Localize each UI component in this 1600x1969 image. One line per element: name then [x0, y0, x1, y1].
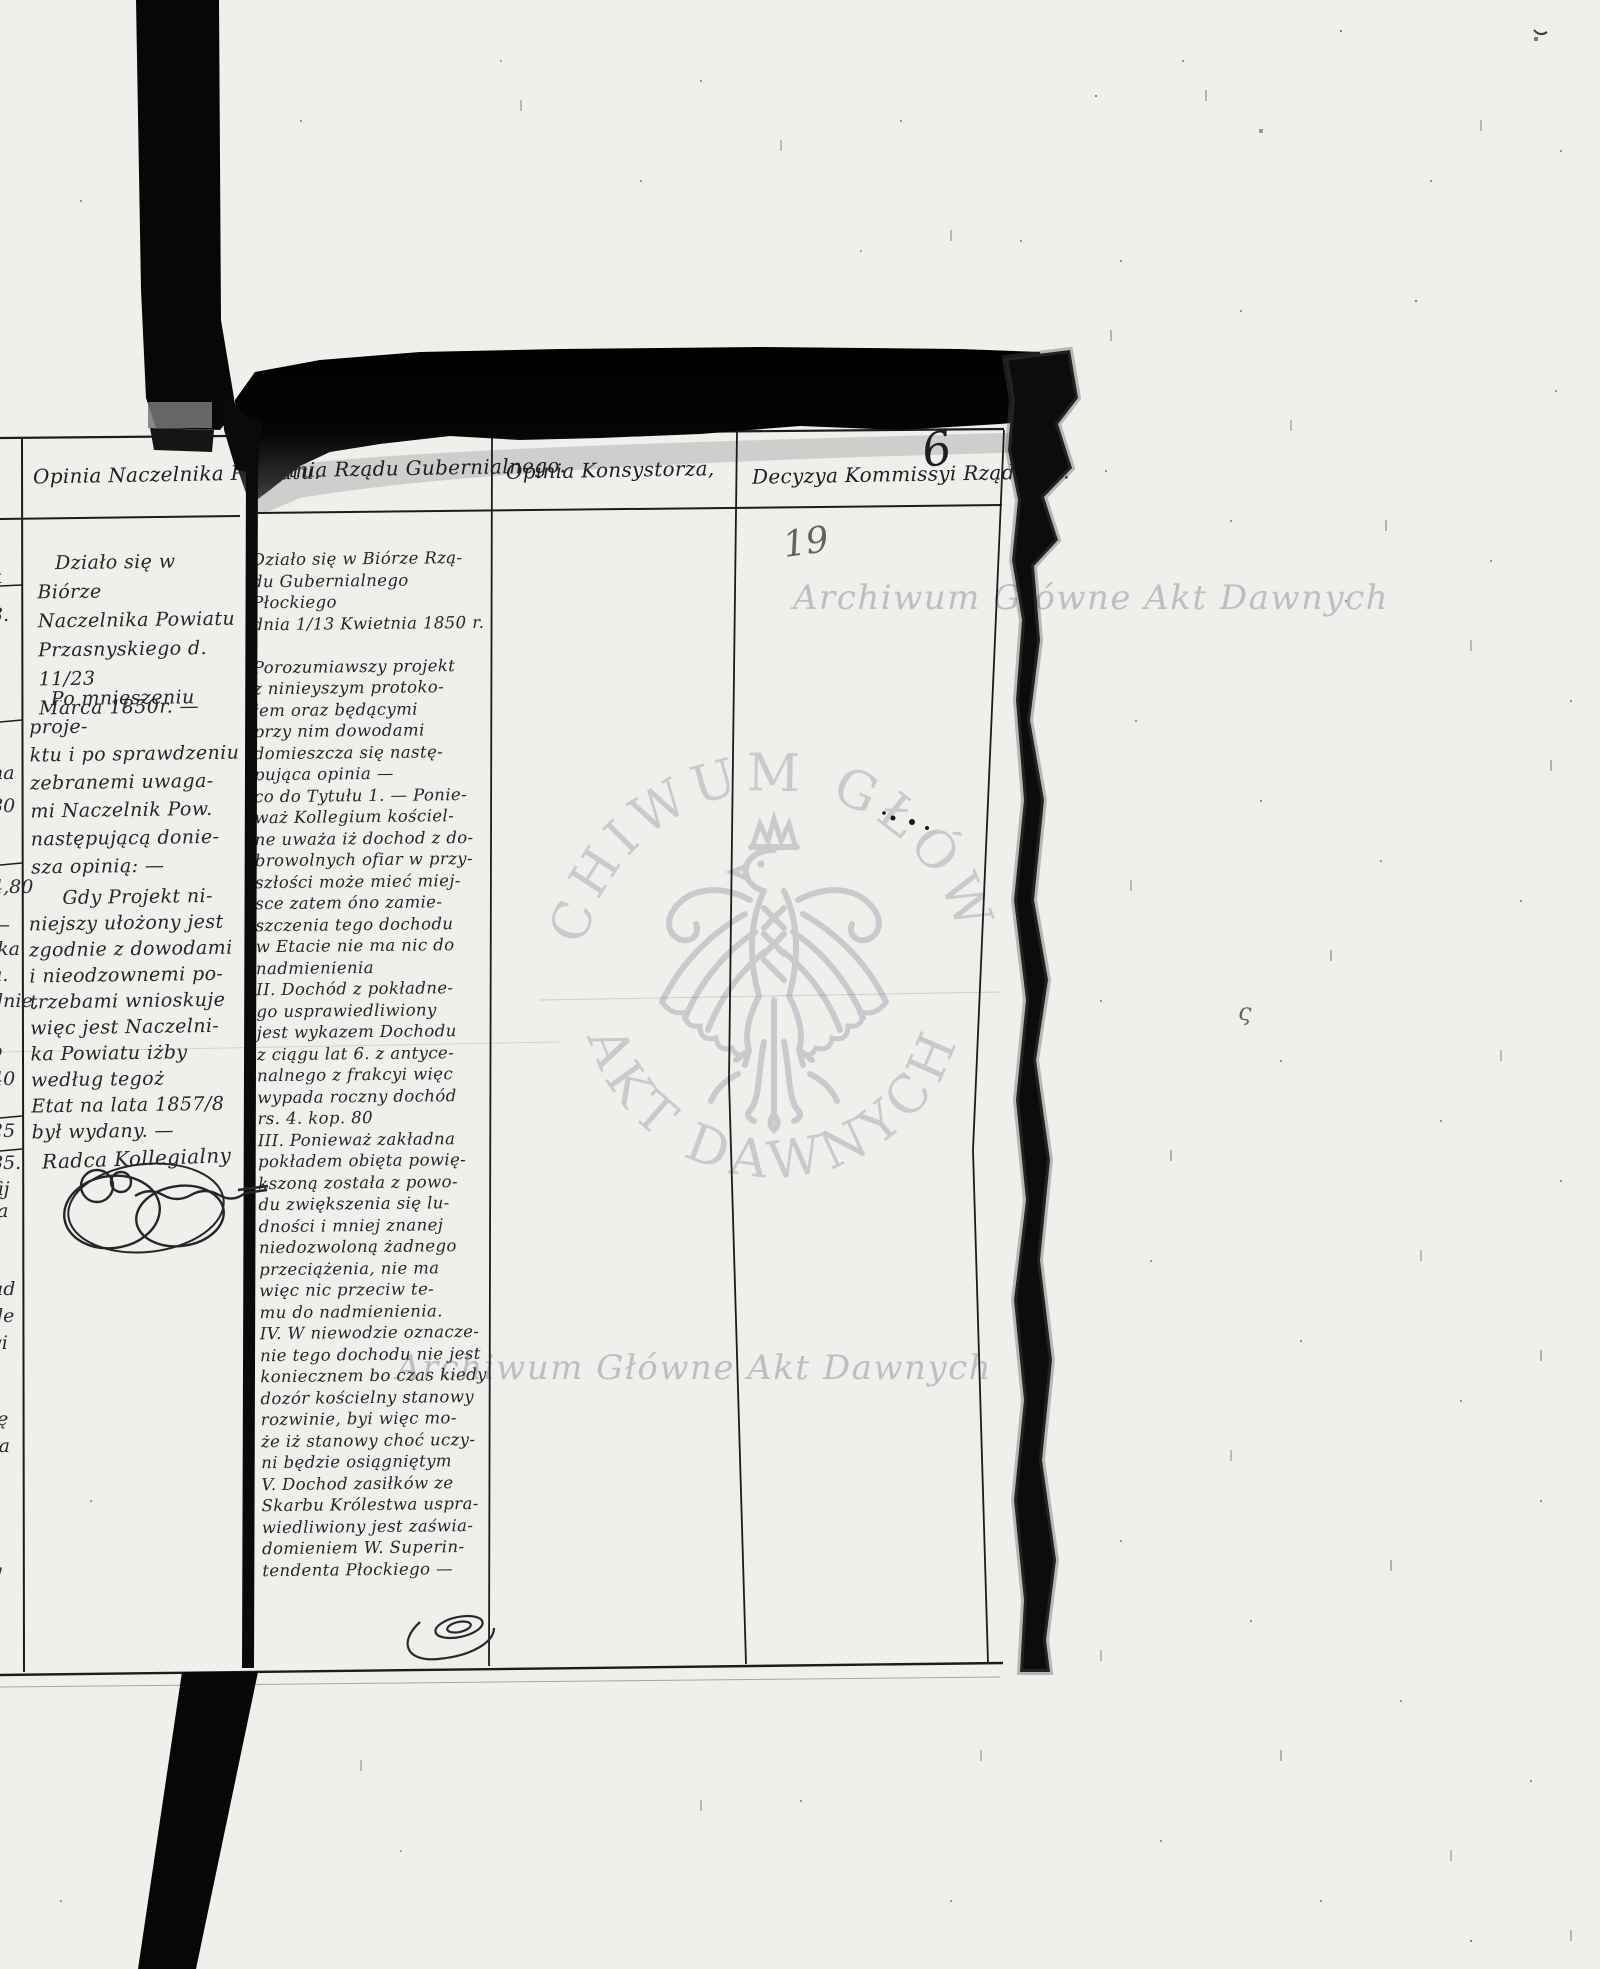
signature-flourish — [59, 1156, 268, 1260]
right-binding-edge — [1005, 350, 1078, 1672]
bottom-gutter-bar — [138, 1672, 258, 1969]
entry-end-flourish — [408, 1612, 494, 1659]
ink-dots — [882, 811, 929, 830]
top-left-bar — [136, 0, 236, 430]
archival-scan-page: Archiwum Główne Akt Dawnych Archiwum Głó… — [0, 0, 1600, 1969]
corner-squiggle — [1534, 30, 1547, 34]
scan-artifacts — [0, 0, 1600, 1969]
